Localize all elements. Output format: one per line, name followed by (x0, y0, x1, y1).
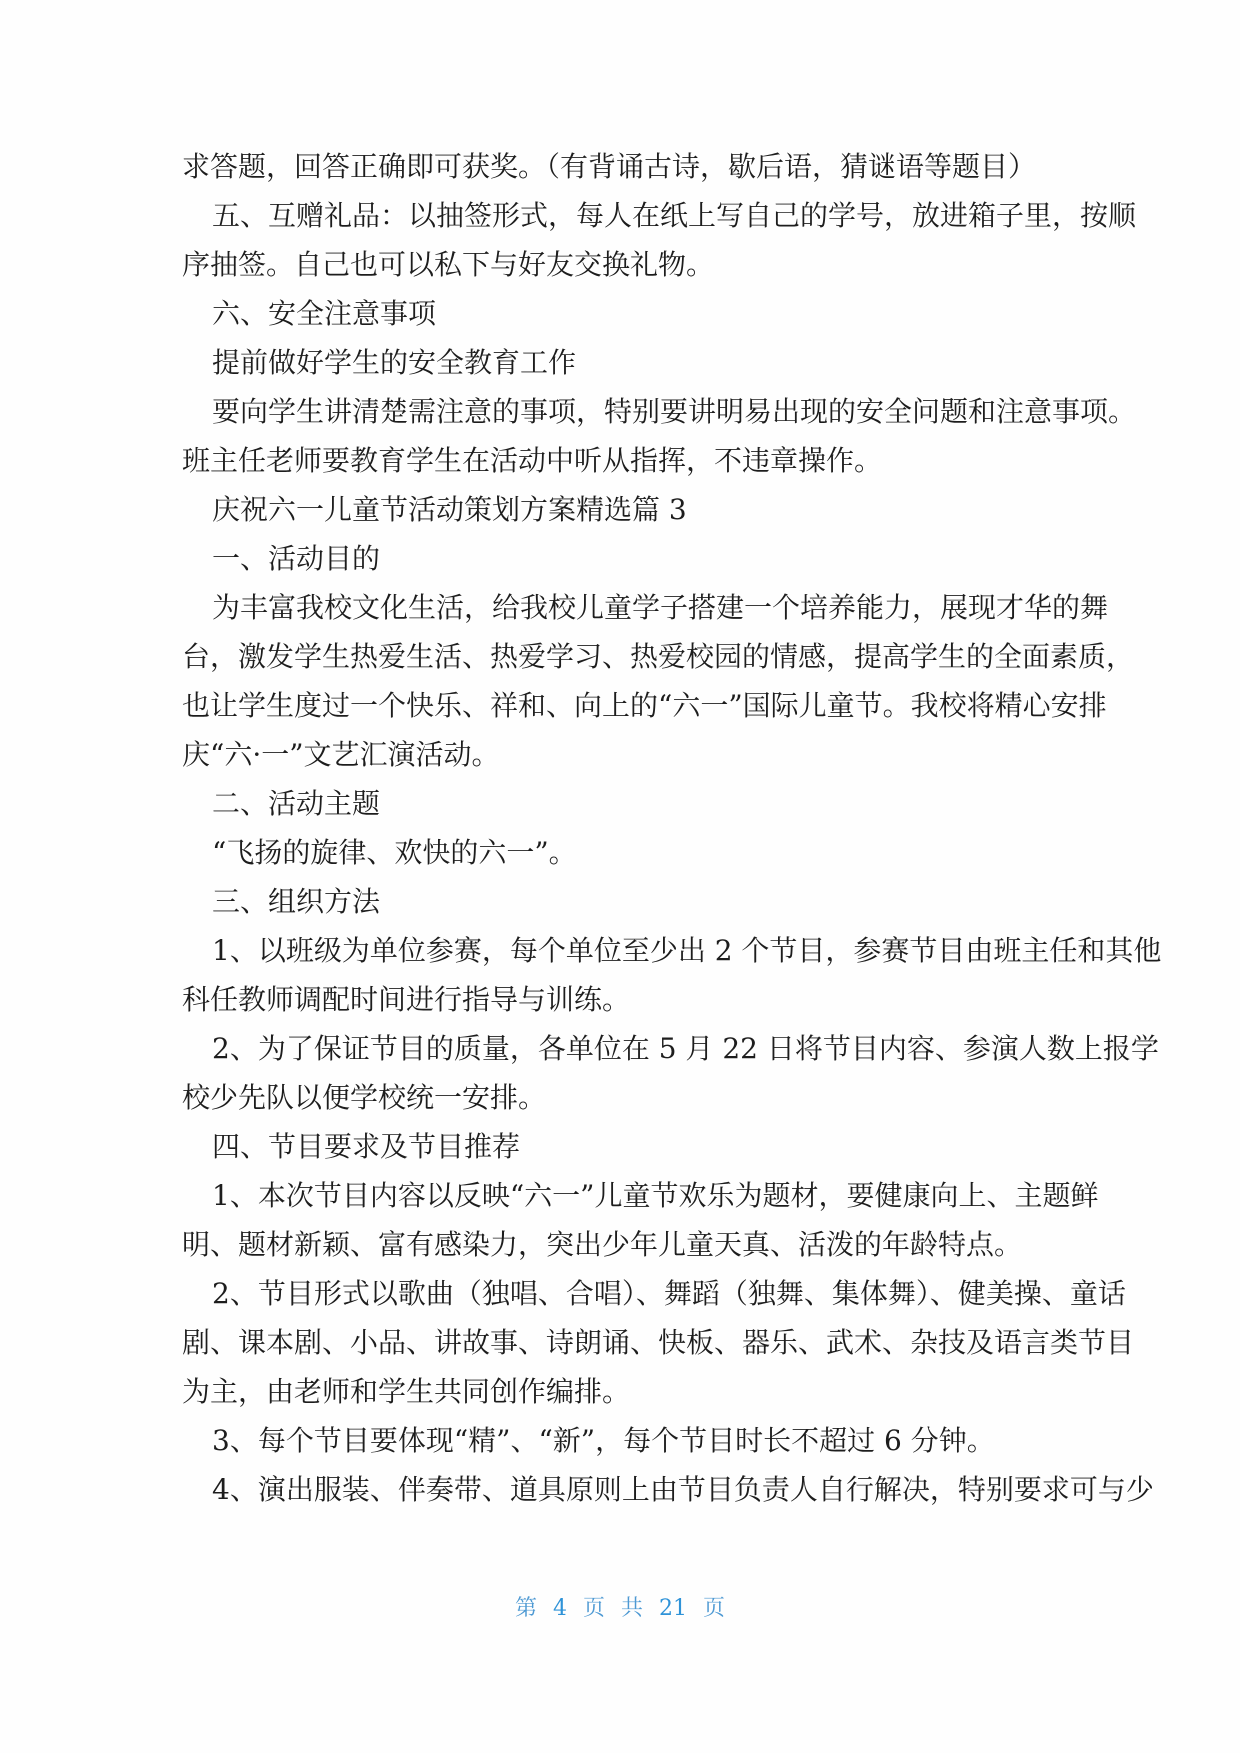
text-line: 2、为了保证节目的质量，各单位在 5 月 22 日将节目内容、参演人数上报学 (182, 1024, 1102, 1073)
footer-total-pages: 21 (659, 1596, 687, 1621)
text-line: 也让学生度过一个快乐、祥和、向上的“六一”国际儿童节。我校将精心安排 (182, 681, 1102, 730)
text-line: 一、活动目的 (182, 534, 1102, 583)
footer-label-gong: 共 (621, 1596, 643, 1621)
footer-label-ye: 页 (583, 1596, 605, 1621)
text-line: 要向学生讲清楚需注意的事项，特别要讲明易出现的安全问题和注意事项。 (182, 387, 1102, 436)
text-line: 三、组织方法 (182, 877, 1102, 926)
text-line: 1、以班级为单位参赛，每个单位至少出 2 个节目，参赛节目由班主任和其他 (182, 926, 1102, 975)
text-line: 四、节目要求及节目推荐 (182, 1122, 1102, 1171)
text-line: 二、活动主题 (182, 779, 1102, 828)
document-page: 求答题，回答正确即可获奖。（有背诵古诗，歇后语，猜谜语等题目）五、互赠礼品：以抽… (0, 0, 1240, 1753)
text-line: 科任教师调配时间进行指导与训练。 (182, 975, 1102, 1024)
footer-page-number: 4 (553, 1596, 567, 1621)
text-line: 为主，由老师和学生共同创作编排。 (182, 1367, 1102, 1416)
footer-label-di: 第 (515, 1596, 537, 1621)
page-footer: 第4页共21页 (0, 1592, 1240, 1626)
text-line: 序抽签。自己也可以私下与好友交换礼物。 (182, 240, 1102, 289)
text-line: 台，激发学生热爱生活、热爱学习、热爱校园的情感，提高学生的全面素质， (182, 632, 1102, 681)
text-line: 庆祝六一儿童节活动策划方案精选篇 3 (182, 485, 1102, 534)
text-line: 六、安全注意事项 (182, 289, 1102, 338)
text-line: 4、演出服装、伴奏带、道具原则上由节目负责人自行解决，特别要求可与少 (182, 1465, 1102, 1514)
text-line: 剧、课本剧、小品、讲故事、诗朗诵、快板、器乐、武术、杂技及语言类节目 (182, 1318, 1102, 1367)
text-line: 1、本次节目内容以反映“六一”儿童节欢乐为题材，要健康向上、主题鲜 (182, 1171, 1102, 1220)
text-line: 提前做好学生的安全教育工作 (182, 338, 1102, 387)
text-line: “飞扬的旋律、欢快的六一”。 (182, 828, 1102, 877)
text-line: 为丰富我校文化生活，给我校儿童学子搭建一个培养能力，展现才华的舞 (182, 583, 1102, 632)
text-line: 校少先队以便学校统一安排。 (182, 1073, 1102, 1122)
footer-label-ye-end: 页 (703, 1596, 725, 1621)
document-body: 求答题，回答正确即可获奖。（有背诵古诗，歇后语，猜谜语等题目）五、互赠礼品：以抽… (182, 142, 1102, 1514)
text-line: 求答题，回答正确即可获奖。（有背诵古诗，歇后语，猜谜语等题目） (182, 142, 1102, 191)
text-line: 3、每个节目要体现“精”、“新”，每个节目时长不超过 6 分钟。 (182, 1416, 1102, 1465)
text-line: 2、节目形式以歌曲（独唱、合唱）、舞蹈（独舞、集体舞）、健美操、童话 (182, 1269, 1102, 1318)
text-line: 庆“六·一”文艺汇演活动。 (182, 730, 1102, 779)
text-line: 明、题材新颖、富有感染力，突出少年儿童天真、活泼的年龄特点。 (182, 1220, 1102, 1269)
text-line: 五、互赠礼品：以抽签形式，每人在纸上写自己的学号，放进箱子里，按顺 (182, 191, 1102, 240)
text-line: 班主任老师要教育学生在活动中听从指挥，不违章操作。 (182, 436, 1102, 485)
